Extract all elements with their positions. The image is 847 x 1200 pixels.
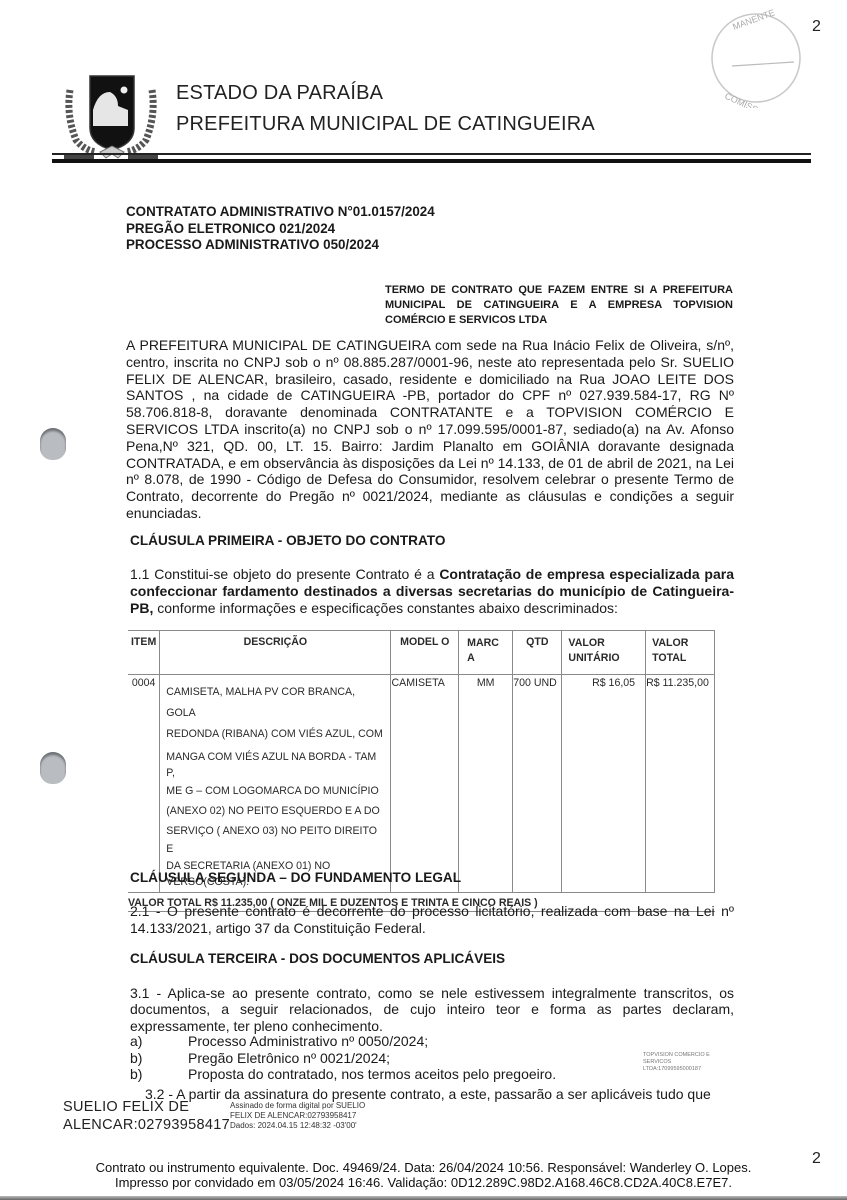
col-descricao: DESCRIÇÃO: [160, 631, 391, 675]
page-number-top: 2: [812, 18, 821, 36]
list-item: b)Pregão Eletrônico nº 0021/2024;: [130, 1050, 556, 1067]
header-state: ESTADO DA PARAÍBA: [176, 82, 383, 105]
cell-valor-unitario: R$ 16,05: [562, 675, 646, 893]
col-item: ITEM: [128, 631, 160, 675]
signer-name-line1: SUELIO FELIX DE: [63, 1099, 189, 1115]
svg-text:MANENTE: MANENTE: [731, 7, 776, 31]
validation-footer: Contrato ou instrumento equivalente. Doc…: [0, 1160, 847, 1190]
clause2-title: CLÁUSULA SEGUNDA – DO FUNDAMENTO LEGAL: [130, 870, 461, 885]
svg-text:COMISS: COMISS: [723, 91, 759, 108]
pregao-title: PREGÃO ELETRONICO 021/2024: [126, 221, 435, 238]
contract-number-title: CONTRATATO ADMINISTRATIVO N°01.0157/2024: [126, 204, 435, 221]
clause1-text-prefix: 1.1 Constitui-se objeto do presente Cont…: [130, 566, 439, 582]
cell-marca: MM: [459, 675, 513, 893]
clause1-text: 1.1 Constitui-se objeto do presente Cont…: [130, 566, 734, 616]
cell-modelo: CAMISETA: [391, 675, 459, 893]
col-valor-unitario: VALORUNITÁRIO: [562, 631, 646, 675]
clause3-title: CLÁUSULA TERCEIRA - DOS DOCUMENTOS APLIC…: [130, 951, 505, 966]
contract-titles: CONTRATATO ADMINISTRATIVO N°01.0157/2024…: [126, 204, 435, 254]
col-valor-total: VALORTOTAL: [646, 631, 715, 675]
clause1-text-suffix: conforme informações e especificações co…: [153, 600, 618, 616]
intro-paragraph: A PREFEITURA MUNICIPAL DE CATINGUEIRA co…: [126, 337, 734, 522]
scan-edge: [0, 1196, 847, 1200]
header-divider: [52, 153, 811, 155]
col-modelo: MODEL O: [391, 631, 459, 675]
contractor-digital-signature: TOPVISION COMERCIO E SERVICOS LTDA:17099…: [643, 1052, 710, 1073]
cell-qtd: 700 UND: [513, 675, 562, 893]
punch-hole-icon: [40, 752, 66, 784]
clause1-title: CLÁUSULA PRIMEIRA - OBJETO DO CONTRATO: [130, 533, 445, 548]
clause3-text: 3.1 - Aplica-se ao presente contrato, co…: [130, 985, 734, 1034]
documents-list: a)Processo Administrativo nº 0050/2024; …: [130, 1033, 556, 1083]
cell-valor-total: R$ 11.235,00: [646, 675, 715, 893]
contract-preamble: TERMO DE CONTRATO QUE FAZEM ENTRE SI A P…: [385, 283, 733, 328]
footer-line2: Impresso por convidado em 03/05/2024 16:…: [0, 1175, 847, 1190]
col-marca: MARCA: [459, 631, 513, 675]
digital-signature-details: Assinado de forma digital por SUELIO FEL…: [230, 1101, 365, 1131]
cell-descricao: CAMISETA, MALHA PV COR BRANCA, GOLA REDO…: [160, 675, 391, 893]
list-item: a)Processo Administrativo nº 0050/2024;: [130, 1033, 556, 1050]
col-qtd: QTD: [513, 631, 562, 675]
signer-name-line2: ALENCAR:02793958417: [63, 1117, 230, 1133]
footer-line1: Contrato ou instrumento equivalente. Doc…: [0, 1160, 847, 1175]
table-header-row: ITEM DESCRIÇÃO MODEL O MARCA QTD VALORUN…: [128, 631, 715, 675]
header-prefecture: PREFEITURA MUNICIPAL DE CATINGUEIRA: [176, 113, 595, 136]
cell-item: 0004: [128, 675, 160, 893]
header-divider-thick: [52, 159, 811, 163]
list-item: b)Proposta do contratado, nos termos ace…: [130, 1066, 556, 1083]
coat-of-arms-icon: [62, 70, 160, 162]
commission-stamp-icon: MANENTE COMISS: [694, 0, 802, 108]
processo-title: PROCESSO ADMINISTRATIVO 050/2024: [126, 237, 435, 254]
clause2-text: 2.1 - O presente contrato é decorrente d…: [130, 903, 734, 937]
table-row: 0004 CAMISETA, MALHA PV COR BRANCA, GOLA…: [128, 675, 715, 893]
punch-hole-icon: [40, 428, 66, 460]
